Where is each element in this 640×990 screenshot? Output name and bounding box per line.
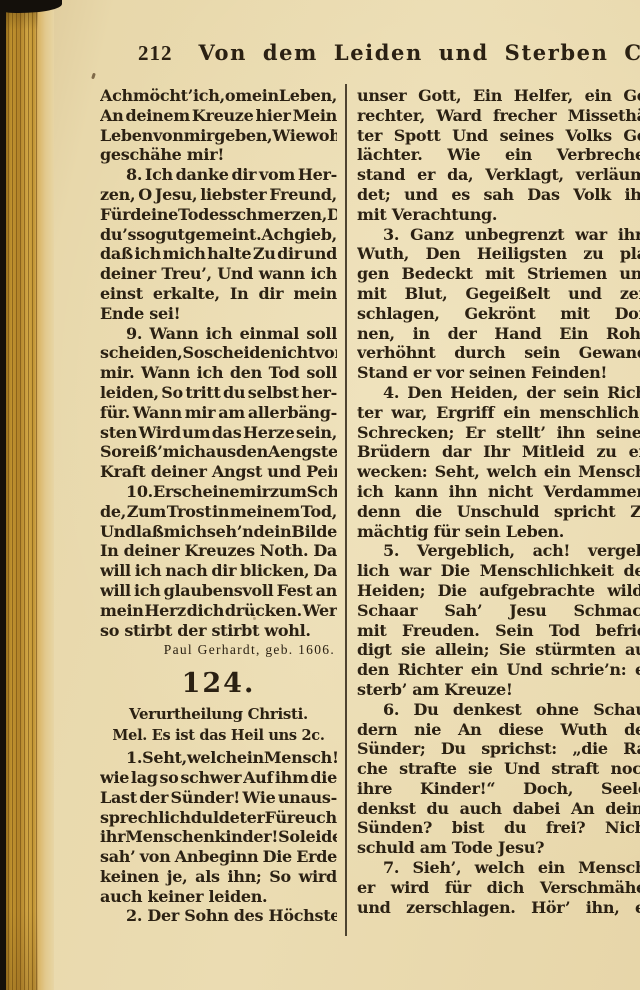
text-line: leiden,Sotrittduselbsther- xyxy=(100,383,337,403)
text-line: meinHerzdichdrücken.Wer xyxy=(100,601,337,621)
text-line: Soreiß’michausdenAengsten xyxy=(100,442,337,462)
book-binding xyxy=(0,0,6,990)
text-line: Undlaßmichseh’ndeinBilde xyxy=(100,522,337,542)
text-line: IndeinerKreuzesNoth.Da xyxy=(100,541,337,561)
text-line: genBedecktmitStriemenund xyxy=(357,264,640,284)
text-line: ihreKinder!“Doch,Seele, xyxy=(357,779,640,799)
text-line: mit Verachtung. xyxy=(357,205,640,225)
text-line: schlagen,GekröntmitDor- xyxy=(357,304,640,324)
text-line: standerda,Verklagt,verläum- xyxy=(357,165,640,185)
text-line: 7.Sieh’,welcheinMensch! xyxy=(357,858,640,878)
text-line: einsterkalte,Indirmein xyxy=(100,284,337,304)
text-line: 4.DenHeiden,derseinRich- xyxy=(357,383,640,403)
text-line: auch keiner leiden. xyxy=(100,887,337,907)
text-line: 2. Der Sohn des Höchsten, xyxy=(100,906,337,926)
text-line: mitBlut,Gegeißeltundzer- xyxy=(357,284,640,304)
text-line: rechter,WardfrecherMissethä- xyxy=(357,106,640,126)
text-line: 6.DudenkestohneSchau- xyxy=(357,700,640,720)
text-line: 9.Wannicheinmalsoll xyxy=(100,324,337,344)
hymn-melody-line: Mel. Es ist das Heil uns 2c. xyxy=(100,725,337,748)
text-line: det;undessahDasVolkihn xyxy=(357,185,640,205)
text-line: 10.ErscheinemirzumSchil- xyxy=(100,482,337,502)
hymn-subtitle: Verurtheilung Christi. xyxy=(100,704,337,725)
text-line: ichkannihnnichtVerdammen, xyxy=(357,482,640,502)
text-line: Heiden;Dieaufgebrachtewilde xyxy=(357,581,640,601)
text-line: denkstduauchdabeiAndeine xyxy=(357,799,640,819)
text-line: unserGott,EinHelfer,einGe- xyxy=(357,86,640,106)
text-line: Sünden?bistdufrei?Nicht xyxy=(357,818,640,838)
text-line: so stirbt der stirbt wohl. xyxy=(100,621,337,641)
column-divider xyxy=(345,84,347,936)
page-edge-stack xyxy=(4,0,38,990)
text-line: ihrMenschenkinder!Soleiden xyxy=(100,827,337,847)
text-line: für.Wannmiramallerbäng- xyxy=(100,403,337,423)
text-line: denndieUnschuldsprichtZu xyxy=(357,502,640,522)
text-line: Stand er vor seinen Feinden! xyxy=(357,363,640,383)
text-line: digtsieallein;Siestürmtenauf xyxy=(357,640,640,660)
text-line: de,ZumTrostinmeinemTod, xyxy=(100,502,337,522)
text-line: schuld am Tode Jesu? xyxy=(357,838,640,858)
text-line: deinerTreu’,Undwannich xyxy=(100,264,337,284)
book-page-scan: 212 Von dem Leiden und Sterben Christi. … xyxy=(0,0,640,990)
text-line: scheiden,Soscheidenichtvon xyxy=(100,343,337,363)
text-line: mitFreuden.SeinTodbefrie- xyxy=(357,621,640,641)
text-line: BrüderndarIhrMitleidzuer- xyxy=(357,442,640,462)
text-line: sah’vonAnbeginnDieErde xyxy=(100,847,337,867)
text-line: 1.Seht,welcheinMensch! xyxy=(100,748,337,768)
text-line: undzerschlagen.Hör’ihn,er xyxy=(357,898,640,918)
text-line: LastderSünder!Wieunaus- xyxy=(100,788,337,808)
text-line: SchaarSah’JesuSchmach xyxy=(357,601,640,621)
text-line: mir.WannichdenTodsoll xyxy=(100,363,337,383)
text-line: wecken:Seht,welcheinMensch! xyxy=(357,462,640,482)
right-column: unserGott,EinHelfer,einGe-rechter,Wardfr… xyxy=(357,86,640,917)
text-line: Achmöcht’ich,omeinLeben, xyxy=(100,86,337,106)
text-line: keinenje,alsihn;Sowird xyxy=(100,867,337,887)
text-line: 5.Vergeblich,ach!vergeb- xyxy=(357,541,640,561)
text-line: lächter.WieeinVerbrecher xyxy=(357,145,640,165)
page-number: 212 xyxy=(138,41,173,66)
author-attribution: Paul Gerhardt, geb. 1606. xyxy=(100,640,337,660)
text-line: 8.IchdankedirvomHer- xyxy=(100,165,337,185)
text-line: FürdeineTodesschmerzen,Da xyxy=(100,205,337,225)
left-column: Achmöcht’ich,omeinLeben,AndeinemKreuzehi… xyxy=(100,86,337,926)
text-line: nen,inderHandEinRohr, xyxy=(357,324,640,344)
text-line: 3.Ganzunbegrenztwarihre xyxy=(357,225,640,245)
text-line: Wuth,DenHeiligstenzupla- xyxy=(357,244,640,264)
text-line: sterb’ am Kreuze! xyxy=(357,680,640,700)
text-line: willichglaubensvollFestan xyxy=(100,581,337,601)
text-line: geschähe mir! xyxy=(100,145,337,165)
text-line: zen,OJesu,liebsterFreund, xyxy=(100,185,337,205)
text-line: denRichtereinUndschrie’n:er xyxy=(357,660,640,680)
text-line: stenWirdumdasHerzesein, xyxy=(100,423,337,443)
text-line: sprechlichduldeterFüreuch, xyxy=(100,808,337,828)
text-line: Lebenvonmirgeben,Wiewohl xyxy=(100,126,337,146)
hymn-number: 124. xyxy=(100,660,337,704)
text-line: mächtig für sein Leben. xyxy=(357,522,640,542)
text-line: daßichmichhalteZudirund xyxy=(100,244,337,264)
text-line: terSpottUndseinesVolksGe- xyxy=(357,126,640,146)
text-line: erwirdfürdichVerschmähet xyxy=(357,878,640,898)
text-line: verhöhntdurchseinGewand, xyxy=(357,343,640,363)
text-line: terwar,Ergriffeinmenschlich’s xyxy=(357,403,640,423)
text-line: Schrecken;Erstellt’ihnseinen xyxy=(357,423,640,443)
text-line: chestraftesieUndstraftnoch xyxy=(357,759,640,779)
page-gutter xyxy=(38,0,54,990)
text-line: Sünder;Dusprichst:„dieRa- xyxy=(357,739,640,759)
text-line: wielagsoschwerAufihmdie xyxy=(100,768,337,788)
page-header: 212 Von dem Leiden und Sterben Christi. xyxy=(95,40,640,66)
text-line: Ende sei! xyxy=(100,304,337,324)
text-line: dernnieAndieseWuthder xyxy=(357,720,640,740)
page-title: Von dem Leiden und Sterben Christi. xyxy=(199,40,640,65)
text-line: AndeinemKreuzehierMein xyxy=(100,106,337,126)
text-line: du’ssogutgemeint.Achgieb, xyxy=(100,225,337,245)
text-line: lichwarDieMenschlichkeitdes xyxy=(357,561,640,581)
text-line: willichnachdirblicken,Da xyxy=(100,561,337,581)
text-line: Kraft deiner Angst und Pein. xyxy=(100,462,337,482)
